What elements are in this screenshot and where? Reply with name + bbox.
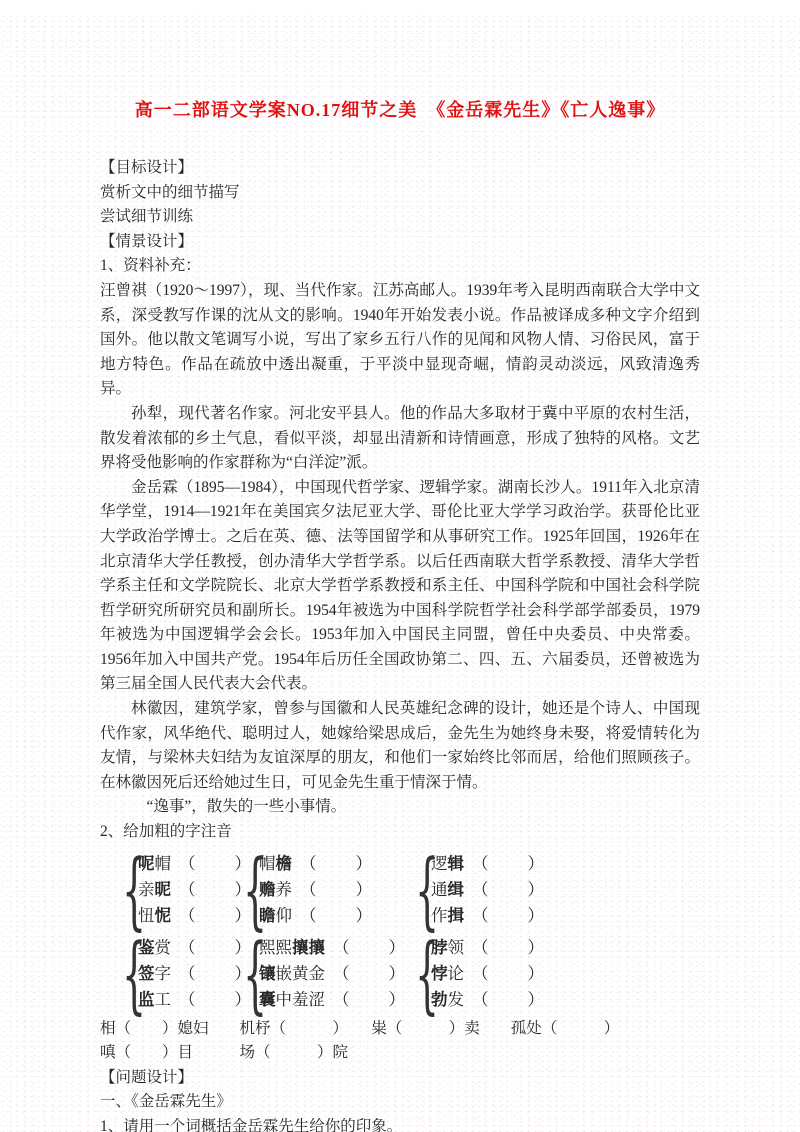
pinyin-exercise-label: 2、给加粗的字注音 [100, 820, 700, 845]
pinyin-item: 忸怩（ ） [138, 903, 253, 929]
pinyin-group: {脖领（ ）悖论（ ）勃发（ ） [415, 935, 700, 1013]
pinyin-item: 熙熙攘攘（ ） [259, 935, 407, 961]
pinyin-item: 监工（ ） [138, 987, 253, 1013]
left-brace-glyph: { [122, 935, 129, 1013]
pinyin-item: 签字（ ） [138, 961, 253, 987]
goal-section-header: 【目标设计】 [100, 156, 700, 181]
pinyin-item: 镶嵌黄金（ ） [259, 961, 407, 987]
paragraph-linhuiyin: 林徽因，建筑学家，曾参与国徽和人民英雄纪念碑的设计，她还是个诗人、中国现代作家，… [100, 697, 700, 795]
pinyin-item: 脖领（ ） [431, 935, 546, 961]
pinyin-item: 呢帽（ ） [138, 851, 253, 877]
page-title: 高一二部语文学案NO.17细节之美 《金岳霖先生》《亡人逸事》 [100, 96, 700, 122]
yishi-definition: “逸事”，散失的一些小事情。 [100, 795, 700, 820]
pinyin-item: 逻辑（ ） [431, 851, 546, 877]
supplement-label: 1、资料补充： [100, 254, 700, 279]
pinyin-item: 鉴赏（ ） [138, 935, 253, 961]
pinyin-item: 赡养（ ） [259, 877, 374, 903]
left-brace-glyph: { [243, 935, 250, 1013]
pinyin-item: 悖论（ ） [431, 961, 546, 987]
pinyin-item: 通缉（ ） [431, 877, 546, 903]
goal-line: 赏析文中的细节描写 [100, 181, 700, 206]
left-brace-glyph: { [122, 851, 129, 929]
question-part-one: 一、《金岳霖先生》 [100, 1090, 700, 1115]
left-brace-glyph: { [415, 935, 422, 1013]
pinyin-word-line: 相（ ）媳妇 机杼（ ） 粜（ ）卖 孤处（ ） [100, 1017, 700, 1042]
goal-line: 尝试细节训练 [100, 205, 700, 230]
pinyin-groups-row-2: {鉴赏（ ）签字（ ）监工（ ）{熙熙攘攘（ ）镶嵌黄金（ ）囊中羞涩（ ）{脖… [122, 935, 700, 1013]
scene-section-header: 【情景设计】 [100, 230, 700, 255]
left-brace-glyph: { [415, 851, 422, 929]
pinyin-group: {帽檐（ ）赡养（ ）瞻仰（ ） [243, 851, 415, 929]
questions-section: 【问题设计】 一、《金岳霖先生》 1、请用一个词概括金岳霖先生给你的印象。 [100, 1066, 700, 1132]
pinyin-item: 勃发（ ） [431, 987, 546, 1013]
pinyin-word-line: 嗔（ ）目 场（ ）院 [100, 1041, 700, 1066]
document-page: 高一二部语文学案NO.17细节之美 《金岳霖先生》《亡人逸事》 【目标设计】 赏… [0, 0, 800, 1132]
questions-header: 【问题设计】 [100, 1066, 700, 1091]
paragraph-wangzengqi: 汪曾祺（1920～1997），现、当代作家。江苏高邮人。1939年考入昆明西南联… [100, 279, 700, 402]
pinyin-groups-row-1: {呢帽（ ）亲昵（ ）忸怩（ ）{帽檐（ ）赡养（ ）瞻仰（ ）{逻辑（ ）通缉… [122, 851, 700, 929]
question-1: 1、请用一个词概括金岳霖先生给你的印象。 [100, 1115, 700, 1132]
pinyin-item: 作揖（ ） [431, 903, 546, 929]
left-brace-glyph: { [243, 851, 250, 929]
document-body: 【目标设计】 赏析文中的细节描写 尝试细节训练 【情景设计】 1、资料补充： 汪… [100, 156, 700, 845]
paragraph-jinyuelin: 金岳霖（1895—1984），中国现代哲学家、逻辑学家。湖南长沙人。1911年入… [100, 476, 700, 697]
pinyin-group: {逻辑（ ）通缉（ ）作揖（ ） [415, 851, 700, 929]
pinyin-group: {鉴赏（ ）签字（ ）监工（ ） [122, 935, 243, 1013]
pinyin-group: {熙熙攘攘（ ）镶嵌黄金（ ）囊中羞涩（ ） [243, 935, 415, 1013]
pinyin-item: 瞻仰（ ） [259, 903, 374, 929]
pinyin-item: 囊中羞涩（ ） [259, 987, 407, 1013]
pinyin-item: 帽檐（ ） [259, 851, 374, 877]
pinyin-item: 亲昵（ ） [138, 877, 253, 903]
pinyin-group: {呢帽（ ）亲昵（ ）忸怩（ ） [122, 851, 243, 929]
paragraph-sunli: 孙犁，现代著名作家。河北安平县人。他的作品大多取材于冀中平原的农村生活，散发着浓… [100, 402, 700, 476]
